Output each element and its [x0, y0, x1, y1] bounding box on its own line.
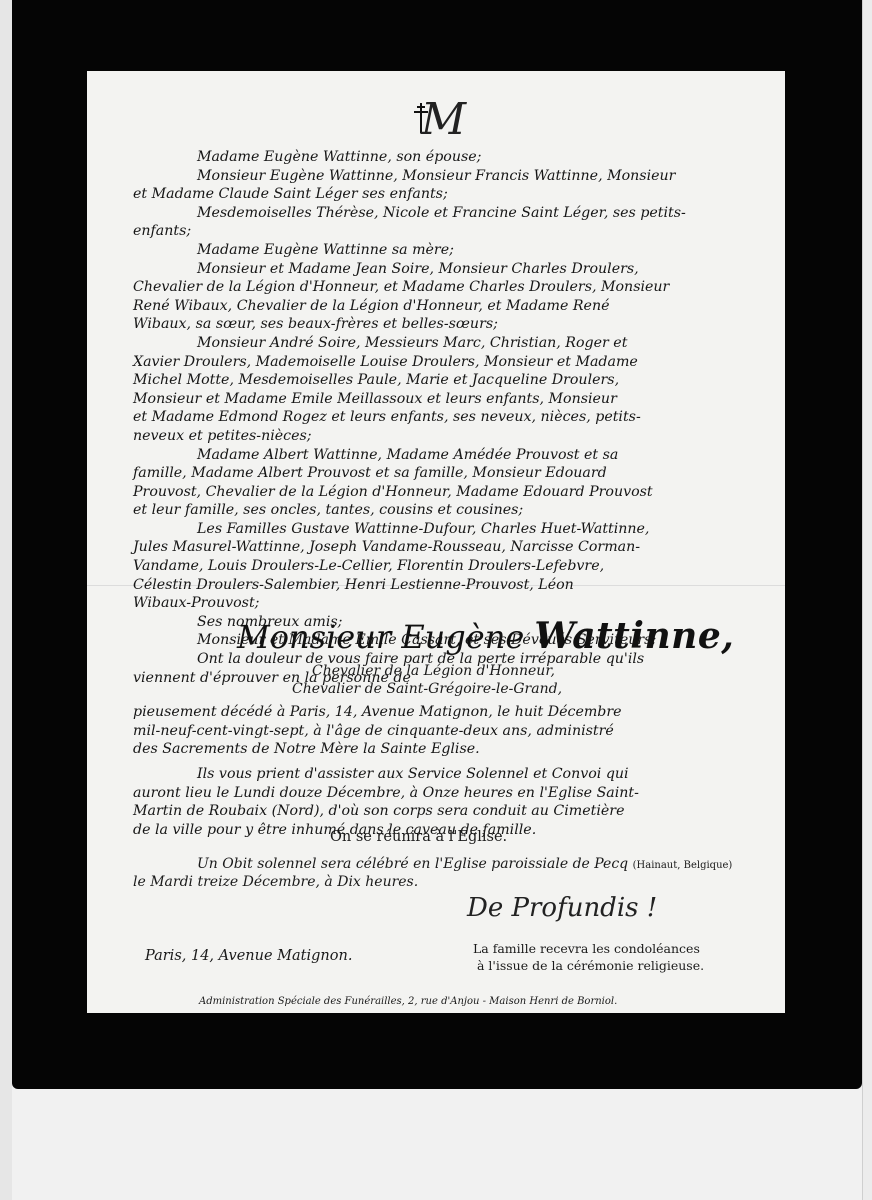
family-line: et Madame Edmond Rogez et leurs enfants,… [133, 408, 773, 427]
deceased-surname: Wattinne, [534, 615, 734, 657]
death-details: pieusement décédé à Paris, 14, Avenue Ma… [133, 703, 773, 759]
family-line: Chevalier de la Légion d'Honneur, et Mad… [133, 278, 773, 297]
family-line: Monsieur André Soire, Messieurs Marc, Ch… [133, 334, 773, 353]
family-line: Michel Motte, Mesdemoiselles Paule, Mari… [133, 371, 773, 390]
family-line: et leur famille, ses oncles, tantes, cou… [133, 501, 773, 520]
address: Paris, 14, Avenue Matignon. [145, 948, 352, 964]
family-line: Monsieur et Madame Jean Soire, Monsieur … [133, 260, 773, 279]
gathering-notice: On se réunira à l'Eglise. [330, 829, 507, 845]
obit-line-1: Un Obit solennel sera célébré en l'Eglis… [197, 856, 732, 872]
family-line: Monsieur Eugène Wattinne, Monsieur Franc… [133, 167, 773, 186]
printer-imprint: Administration Spéciale des Funérailles,… [199, 996, 617, 1007]
family-list: Madame Eugène Wattinne, son épouse; Mons… [133, 148, 773, 687]
family-line: famille, Madame Albert Prouvost et sa fa… [133, 464, 773, 483]
deceased-prefix: Monsieur Eugène [237, 618, 524, 656]
scan-right-margin [862, 0, 872, 1200]
service-line: auront lieu le Lundi douze Décembre, à O… [133, 784, 773, 803]
deceased-name: Monsieur Eugène Wattinne, [237, 615, 734, 657]
family-line: Mesdemoiselles Thérèse, Nicole et Franci… [133, 204, 773, 223]
death-line: mil-neuf-cent-vingt-sept, à l'âge de cin… [133, 722, 773, 741]
scan-left-margin [0, 0, 12, 1200]
family-line: Wibaux, sa sœur, ses beaux-frères et bel… [133, 315, 773, 334]
family-line: Les Familles Gustave Wattinne-Dufour, Ch… [133, 520, 773, 539]
family-line: Vandame, Louis Droulers-Le-Cellier, Flor… [133, 557, 773, 576]
service-line: Martin de Roubaix (Nord), d'où son corps… [133, 802, 773, 821]
family-line: Jules Masurel-Wattinne, Joseph Vandame-R… [133, 538, 773, 557]
family-line: Célestin Droulers-Salembier, Henri Lesti… [133, 576, 773, 595]
family-line: Xavier Droulers, Mademoiselle Louise Dro… [133, 353, 773, 372]
monogram-letter: M [421, 95, 466, 145]
death-notice-page: M Madame Eugène Wattinne, son épouse; Mo… [87, 71, 785, 1013]
condolences-line: à l'issue de la cérémonie religieuse. [477, 958, 704, 973]
obit-line-2: le Mardi treize Décembre, à Dix heures. [133, 874, 418, 890]
family-line: René Wibaux, Chevalier de la Légion d'Ho… [133, 297, 773, 316]
condolences-line: La famille recevra les condoléances [473, 941, 700, 956]
family-line: Wibaux-Prouvost; [133, 594, 773, 613]
death-line: des Sacrements de Notre Mère la Sainte E… [133, 740, 773, 759]
family-line: neveux et petites-nièces; [133, 427, 773, 446]
family-line: Monsieur et Madame Emile Meillassoux et … [133, 390, 773, 409]
service-line: Ils vous prient d'assister aux Service S… [133, 765, 773, 784]
family-line: Madame Albert Wattinne, Madame Amédée Pr… [133, 446, 773, 465]
obit-text: Un Obit solennel sera célébré en l'Eglis… [197, 856, 628, 872]
deceased-title: Chevalier de Saint-Grégoire-le-Grand, [292, 681, 562, 697]
monogram: M [399, 103, 489, 143]
family-line: Madame Eugène Wattinne sa mère; [133, 241, 773, 260]
family-line: enfants; [133, 222, 773, 241]
de-profundis: De Profundis ! [467, 893, 657, 923]
family-line: Prouvost, Chevalier de la Légion d'Honne… [133, 483, 773, 502]
deceased-title: Chevalier de la Légion d'Honneur, [312, 663, 555, 679]
obit-location-note: (Hainaut, Belgique) [633, 860, 733, 871]
death-line: pieusement décédé à Paris, 14, Avenue Ma… [133, 703, 773, 722]
family-line: Madame Eugène Wattinne, son épouse; [133, 148, 773, 167]
family-line: et Madame Claude Saint Léger ses enfants… [133, 185, 773, 204]
